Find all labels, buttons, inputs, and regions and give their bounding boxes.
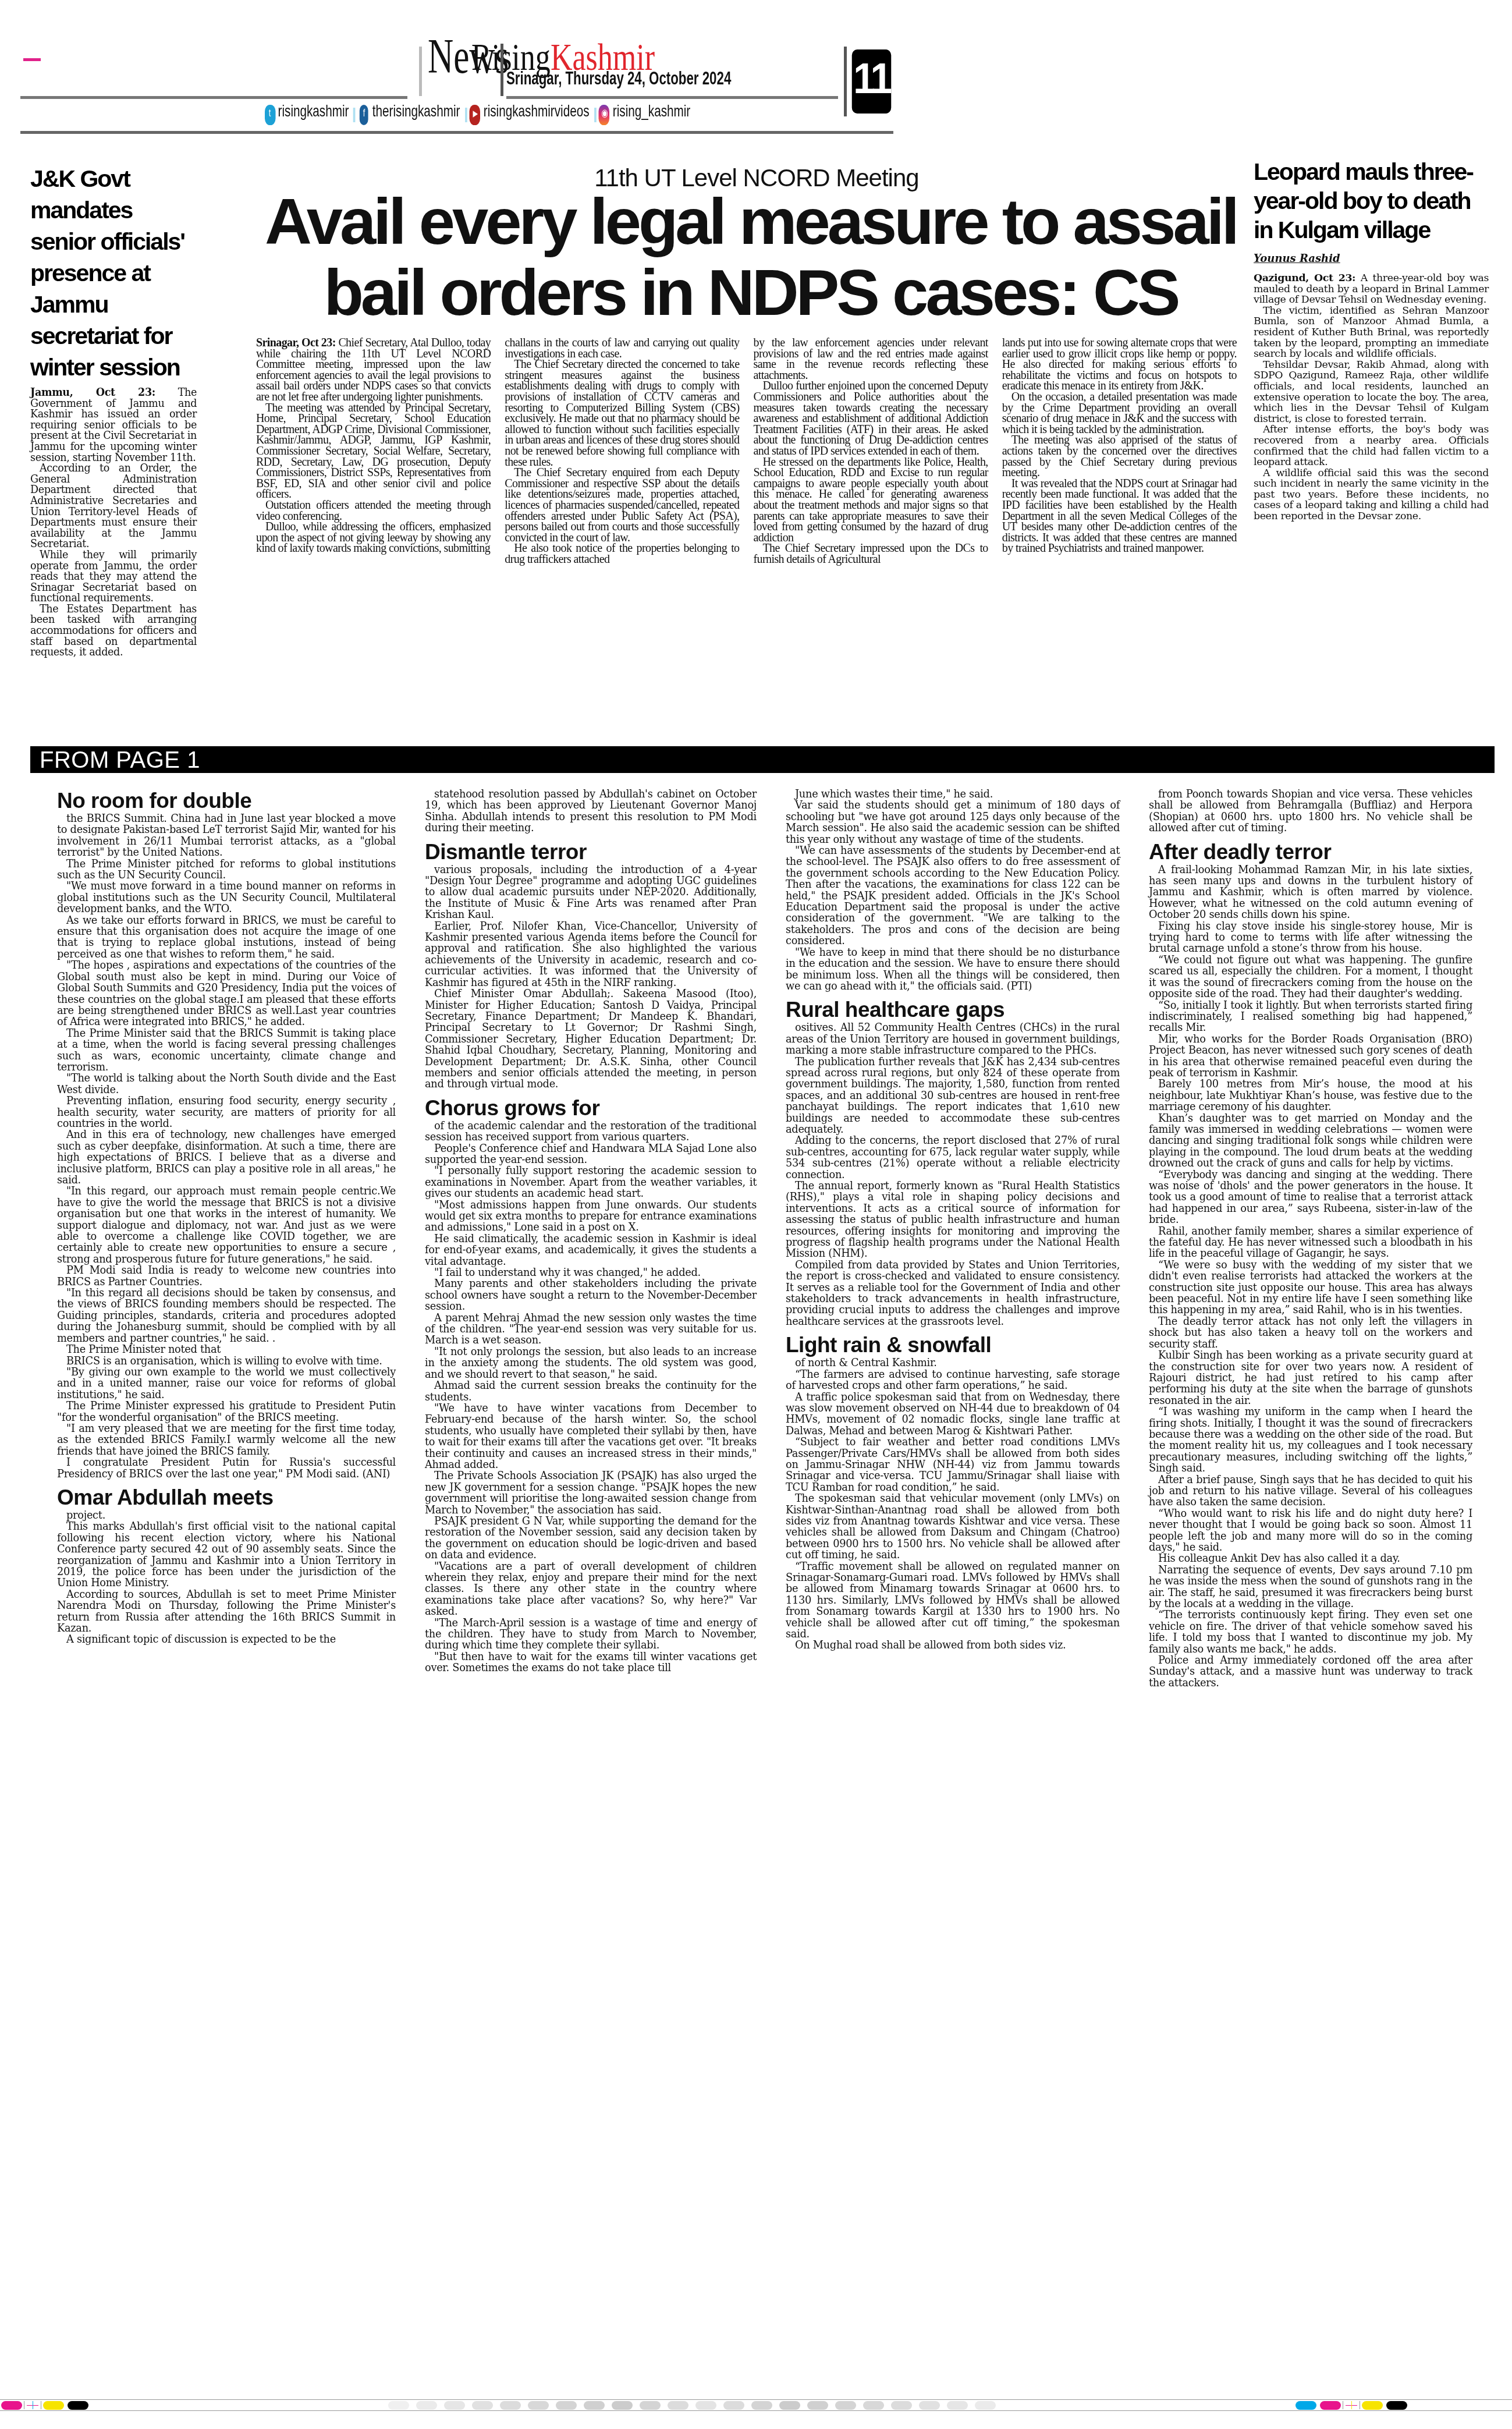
- story-paragraph: The annual report, formerly known as "Ru…: [786, 1180, 1120, 1260]
- print-color-bar: [0, 2399, 1512, 2411]
- story-paragraph: from Poonch towards Shopian and vice ver…: [1149, 789, 1472, 834]
- continuation-headline: Rural healthcare gaps: [786, 998, 1120, 1022]
- story-paragraph: The meeting was also apprised of the sta…: [1002, 435, 1237, 478]
- byline: Younus Rashid: [1254, 253, 1489, 265]
- story-paragraph: Dulloo further enjoined upon the concern…: [754, 381, 988, 456]
- gray-scale-strip: [90, 2401, 1294, 2410]
- story-paragraph: "We have to keep in mind that there shou…: [786, 947, 1120, 992]
- story-paragraph: “We could not figure out what was happen…: [1149, 955, 1472, 1000]
- masthead-bottom-rule: [20, 131, 893, 133]
- story-paragraph: statehood resolution passed by Abdullah'…: [425, 789, 757, 834]
- story-paragraph: Barely 100 metres from Mir’s house, the …: [1149, 1079, 1472, 1112]
- social-separator: [353, 107, 355, 121]
- fp-column: No room for double the BRICS Summit. Chi…: [57, 789, 396, 1689]
- continuation-body: statehood resolution passed by Abdullah'…: [425, 789, 757, 834]
- masthead: RisingKashmir News Srinagar, Thursday 24…: [0, 0, 1512, 140]
- story-paragraph: “We were so busy with the wedding of my …: [1149, 1260, 1472, 1316]
- continuation-headline: Light rain & snowfall: [786, 1333, 1120, 1357]
- story-leopard-attack: Leopard mauls three-year-old boy to deat…: [1254, 157, 1489, 522]
- story-paragraph: The Private Schools Association JK (PSAJ…: [425, 1470, 757, 1516]
- story-ncord-meeting: Srinagar, Oct 23: Chief Secretary, Atal …: [256, 338, 1237, 565]
- story-paragraph: After intense efforts, the boy's body wa…: [1254, 424, 1489, 467]
- yellow-swatch-icon: [1362, 2401, 1383, 2410]
- youtube-icon: ▶: [470, 104, 480, 124]
- story-paragraph: "We have to have winter vacations from D…: [425, 1403, 757, 1470]
- story-body: Jammu, Oct 23: The Government of Jammu a…: [30, 388, 197, 658]
- story-paragraph: Var said the students should get a minim…: [786, 800, 1120, 845]
- lead-headline: Avail every legal measure to assail bail…: [256, 186, 1245, 328]
- story-paragraph: “Who would want to risk his life and do …: [1149, 1508, 1472, 1554]
- story-paragraph: The meeting was attended by Principal Se…: [256, 403, 491, 500]
- story-column: lands put into use for sowing alternate …: [1002, 338, 1237, 565]
- story-paragraph: A traffic police spokesman said that fro…: [786, 1392, 1120, 1437]
- story-paragraph: "By giving our own example to the world …: [57, 1367, 396, 1400]
- registration-mark-icon: [23, 47, 41, 70]
- story-paragraph: "I am very pleased that we are meeting f…: [57, 1423, 396, 1457]
- dateline: Srinagar, Thursday 24, October 2024: [506, 70, 731, 90]
- story-paragraph: “Traffic movement shall be allowed on re…: [786, 1561, 1120, 1640]
- story-paragraph: "I fail to understand why it was changed…: [425, 1267, 757, 1278]
- story-paragraph: Khan’s daughter was to get married on Mo…: [1149, 1113, 1472, 1169]
- brand-rule: [20, 96, 407, 98]
- story-paragraph: the BRICS Summit. China had in June last…: [57, 813, 396, 859]
- story-paragraph: The Prime Minister expressed his gratitu…: [57, 1400, 396, 1423]
- story-paragraph: The deadly terror attack has not only le…: [1149, 1316, 1472, 1350]
- story-paragraph: And in this era of technology, new chall…: [57, 1129, 396, 1186]
- story-paragraph: Tehsildar Devsar, Rakib Ahmad, along wit…: [1254, 360, 1489, 425]
- instagram-icon: ◉: [599, 104, 609, 124]
- story-paragraph: BRICS is an organisation, which is willi…: [57, 1356, 396, 1367]
- from-page-1-banner: FROM PAGE 1: [30, 746, 1495, 773]
- story-paragraph: of the academic calendar and the restora…: [425, 1120, 757, 1143]
- story-paragraph: On Mughal road shall be allowed from bot…: [786, 1640, 1120, 1651]
- story-paragraph: According to sources, Abdullah is set to…: [57, 1589, 396, 1634]
- story-paragraph: As we take our efforts forward in BRICS,…: [57, 915, 396, 960]
- story-jk-govt-secretariat: J&K Govt mandates senior officials' pres…: [30, 163, 197, 658]
- story-paragraph: I congratulate President Putin for Russi…: [57, 1457, 396, 1480]
- story-paragraph: Fixing his clay stove inside his single-…: [1149, 921, 1472, 955]
- story-paragraph: "It not only prolongs the session, but a…: [425, 1346, 757, 1380]
- story-paragraph: Kulbir Singh has been working as a priva…: [1149, 1350, 1472, 1406]
- story-paragraph: "The hopes , aspirations and expectation…: [57, 960, 396, 1027]
- magenta-swatch-icon: [1320, 2401, 1341, 2410]
- story-headline: J&K Govt mandates senior officials' pres…: [30, 163, 197, 383]
- story-paragraph: June which wastes their time," he said.: [786, 789, 1120, 800]
- black-swatch-icon: [1386, 2401, 1407, 2410]
- story-body: Qazigund, Oct 23: A three-year-old boy w…: [1254, 273, 1489, 522]
- story-paragraph: The Chief Secretary enquired from each D…: [505, 467, 739, 543]
- story-paragraph: PM Modi said India is ready to welcome n…: [57, 1265, 396, 1288]
- story-paragraph: Dulloo, while addressing the officers, e…: [256, 522, 491, 554]
- continuation-headline: No room for double: [57, 789, 396, 813]
- story-paragraph: Many parents and other stakeholders incl…: [425, 1278, 757, 1312]
- story-paragraph: The Prime Minister said that the BRICS S…: [57, 1028, 396, 1073]
- twitter-icon: t: [265, 104, 275, 124]
- story-paragraph: He stressed on the departments like Poli…: [754, 457, 988, 544]
- page-number-badge: 11: [852, 48, 892, 112]
- story-paragraph: ositives. All 52 Community Health Centre…: [786, 1022, 1120, 1056]
- cyan-swatch-icon: [1296, 2401, 1316, 2410]
- fp-column: statehood resolution passed by Abdullah'…: [425, 789, 757, 1689]
- story-paragraph: Chief Minister Omar Abdullah;. Sakeena M…: [425, 988, 757, 1090]
- page-number: 11: [853, 54, 889, 104]
- story-paragraph: The victim, identified as Sehran Manzoor…: [1254, 306, 1489, 360]
- story-paragraph: People's Conference chief and Handwara M…: [425, 1143, 757, 1166]
- story-column: by the law enforcement agencies under re…: [754, 338, 988, 565]
- story-paragraph: His colleague Ankit Dev has also called …: [1149, 1553, 1472, 1564]
- registration-mark-icon: [1343, 2401, 1360, 2409]
- continuation-headline: Dismantle terror: [425, 840, 757, 864]
- story-paragraph: Compiled from data provided by States an…: [786, 1260, 1120, 1327]
- story-paragraph: This marks Abdullah's first official vis…: [57, 1521, 396, 1588]
- story-paragraph: “So, initially I took it lightly. But wh…: [1149, 1000, 1472, 1034]
- masthead-divider: [419, 47, 420, 96]
- story-paragraph: The Prime Minister pitched for reforms t…: [57, 859, 396, 881]
- story-paragraph: While they will primarily operate from J…: [30, 550, 197, 604]
- story-paragraph: "Vacations are a part of overall develop…: [425, 1561, 757, 1618]
- masthead-divider: [499, 44, 500, 96]
- story-dateline: Jammu, Oct 23:: [30, 386, 155, 399]
- story-paragraph: by the law enforcement agencies under re…: [754, 338, 988, 381]
- continuation-body: various proposals, including the introdu…: [425, 864, 757, 1090]
- story-paragraph: "In this regard, our approach must remai…: [57, 1186, 396, 1265]
- story-paragraph: Narrating the sequence of events, Dev sa…: [1149, 1565, 1472, 1610]
- black-swatch-icon: [68, 2401, 88, 2410]
- story-paragraph: The Chief Secretary directed the concern…: [505, 359, 739, 467]
- from-page-1-section: No room for double the BRICS Summit. Chi…: [57, 789, 1477, 1689]
- yellow-swatch-icon: [43, 2401, 64, 2410]
- date-rule: [506, 95, 838, 97]
- story-paragraph: The publication further reveals that J&K…: [786, 1056, 1120, 1136]
- story-paragraph: Rahil, another family member, shares a s…: [1149, 1226, 1472, 1260]
- continuation-body: project.This marks Abdullah's first offi…: [57, 1510, 396, 1646]
- story-paragraph: project.: [57, 1510, 396, 1521]
- social-link-twitter[interactable]: risingkashmir: [278, 105, 349, 122]
- story-paragraph: Ahmad said the current session breaks th…: [425, 1380, 757, 1403]
- story-paragraph: “Subject to fair weather and better road…: [786, 1437, 1120, 1493]
- story-paragraph: Adding to the concerns, the report discl…: [786, 1135, 1120, 1180]
- continuation-body: from Poonch towards Shopian and vice ver…: [1149, 789, 1472, 834]
- story-paragraph: On the occasion, a detailed presentation…: [1002, 392, 1237, 435]
- fp-column: June which wastes their time," he said.V…: [786, 789, 1120, 1689]
- story-paragraph: Police and Army immediately cordoned off…: [1149, 1655, 1472, 1689]
- story-paragraph: "We can have assessments of the students…: [786, 845, 1120, 947]
- continuation-body: June which wastes their time," he said.V…: [786, 789, 1120, 992]
- story-column: challans in the courts of law and carryi…: [505, 338, 739, 565]
- continuation-headline: After deadly terror: [1149, 840, 1472, 864]
- story-dateline: Qazigund, Oct 23:: [1254, 272, 1355, 284]
- continuation-body: of north & Central Kashmir.“The farmers …: [786, 1357, 1120, 1651]
- story-paragraph: "In this regard all decisions should be …: [57, 1288, 396, 1344]
- story-paragraph: It was revealed that the NDPS court at S…: [1002, 478, 1237, 554]
- story-paragraph: A parent Mehraj Ahmad the new session on…: [425, 1313, 757, 1346]
- story-paragraph: A frail-looking Mohammad Ramzan Mir, in …: [1149, 864, 1472, 921]
- story-paragraph: A significant topic of discussion is exp…: [57, 1634, 396, 1645]
- story-paragraph: He said climatically, the academic sessi…: [425, 1233, 757, 1267]
- story-paragraph: Jammu, Oct 23: The Government of Jammu a…: [30, 388, 197, 463]
- story-paragraph: A wildlife official said this was the se…: [1254, 468, 1489, 522]
- story-paragraph: “Everybody was dancing and singing at th…: [1149, 1169, 1472, 1226]
- story-paragraph: of north & Central Kashmir.: [786, 1357, 1120, 1368]
- social-links: t risingkashmir f therisingkashmir ▶ ris…: [265, 101, 690, 127]
- continuation-body: the BRICS Summit. China had in June last…: [57, 813, 396, 1480]
- story-paragraph: "Most admissions happen from June onward…: [425, 1200, 757, 1233]
- story-paragraph: “The farmers are advised to continue har…: [786, 1369, 1120, 1392]
- story-paragraph: The Estates Department has been tasked w…: [30, 604, 197, 658]
- continuation-headline: Omar Abdullah meets: [57, 1485, 396, 1510]
- social-link-facebook[interactable]: therisingkashmir: [372, 105, 460, 122]
- continuation-headline: Chorus grows for: [425, 1096, 757, 1120]
- fp-column: from Poonch towards Shopian and vice ver…: [1149, 789, 1472, 1689]
- social-link-youtube[interactable]: risingkashmirvideos: [484, 105, 590, 122]
- masthead-divider: [844, 47, 844, 116]
- story-paragraph: "The March-April session is a wastage of…: [425, 1618, 757, 1651]
- social-separator: [464, 107, 466, 121]
- story-paragraph: “The terrorists continuously kept firing…: [1149, 1609, 1472, 1655]
- social-separator: [594, 107, 595, 121]
- story-paragraph: After a brief pause, Singh says that he …: [1149, 1474, 1472, 1508]
- continuation-body: of the academic calendar and the restora…: [425, 1120, 757, 1674]
- story-paragraph: The spokesman said that vehicular moveme…: [786, 1493, 1120, 1561]
- story-column: Srinagar, Oct 23: Chief Secretary, Atal …: [256, 338, 491, 565]
- story-paragraph: PSAJK president G N Var, while supportin…: [425, 1516, 757, 1561]
- story-paragraph: "The world is talking about the North So…: [57, 1073, 396, 1095]
- story-paragraph: The Prime Minister noted that: [57, 1344, 396, 1355]
- section-name: News: [428, 32, 509, 81]
- story-paragraph: "We must move forward in a time bound ma…: [57, 881, 396, 914]
- story-paragraph: various proposals, including the introdu…: [425, 864, 757, 921]
- story-paragraph: He also took notice of the properties be…: [505, 543, 739, 565]
- banner-label: FROM PAGE 1: [40, 747, 200, 774]
- continuation-body: ositives. All 52 Community Health Centre…: [786, 1022, 1120, 1327]
- story-paragraph: lands put into use for sowing alternate …: [1002, 338, 1237, 392]
- story-headline: Leopard mauls three-year-old boy to deat…: [1254, 157, 1489, 244]
- story-paragraph: "But then have to wait for the exams til…: [425, 1651, 757, 1674]
- story-paragraph: Preventing inflation, ensuring food secu…: [57, 1095, 396, 1129]
- story-paragraph: Earlier, Prof. Nilofer Khan, Vice-Chance…: [425, 921, 757, 988]
- story-paragraph: According to an Order, the General Admin…: [30, 463, 197, 550]
- story-paragraph: "I personally fully support restoring th…: [425, 1165, 757, 1199]
- story-paragraph: The Chief Secretary impressed upon the D…: [754, 543, 988, 565]
- social-link-instagram[interactable]: rising_kashmir: [613, 105, 690, 122]
- magenta-swatch-icon: [1, 2401, 22, 2410]
- story-paragraph: “I was washing my uniform in the camp wh…: [1149, 1406, 1472, 1474]
- story-paragraph: Mir, who works for the Border Roads Orga…: [1149, 1034, 1472, 1079]
- story-paragraph: Outstation officers attended the meeting…: [256, 500, 491, 522]
- continuation-body: A frail-looking Mohammad Ramzan Mir, in …: [1149, 864, 1472, 1689]
- registration-mark-icon: [24, 2401, 41, 2409]
- story-paragraph: challans in the courts of law and carryi…: [505, 338, 739, 359]
- facebook-icon: f: [359, 104, 369, 124]
